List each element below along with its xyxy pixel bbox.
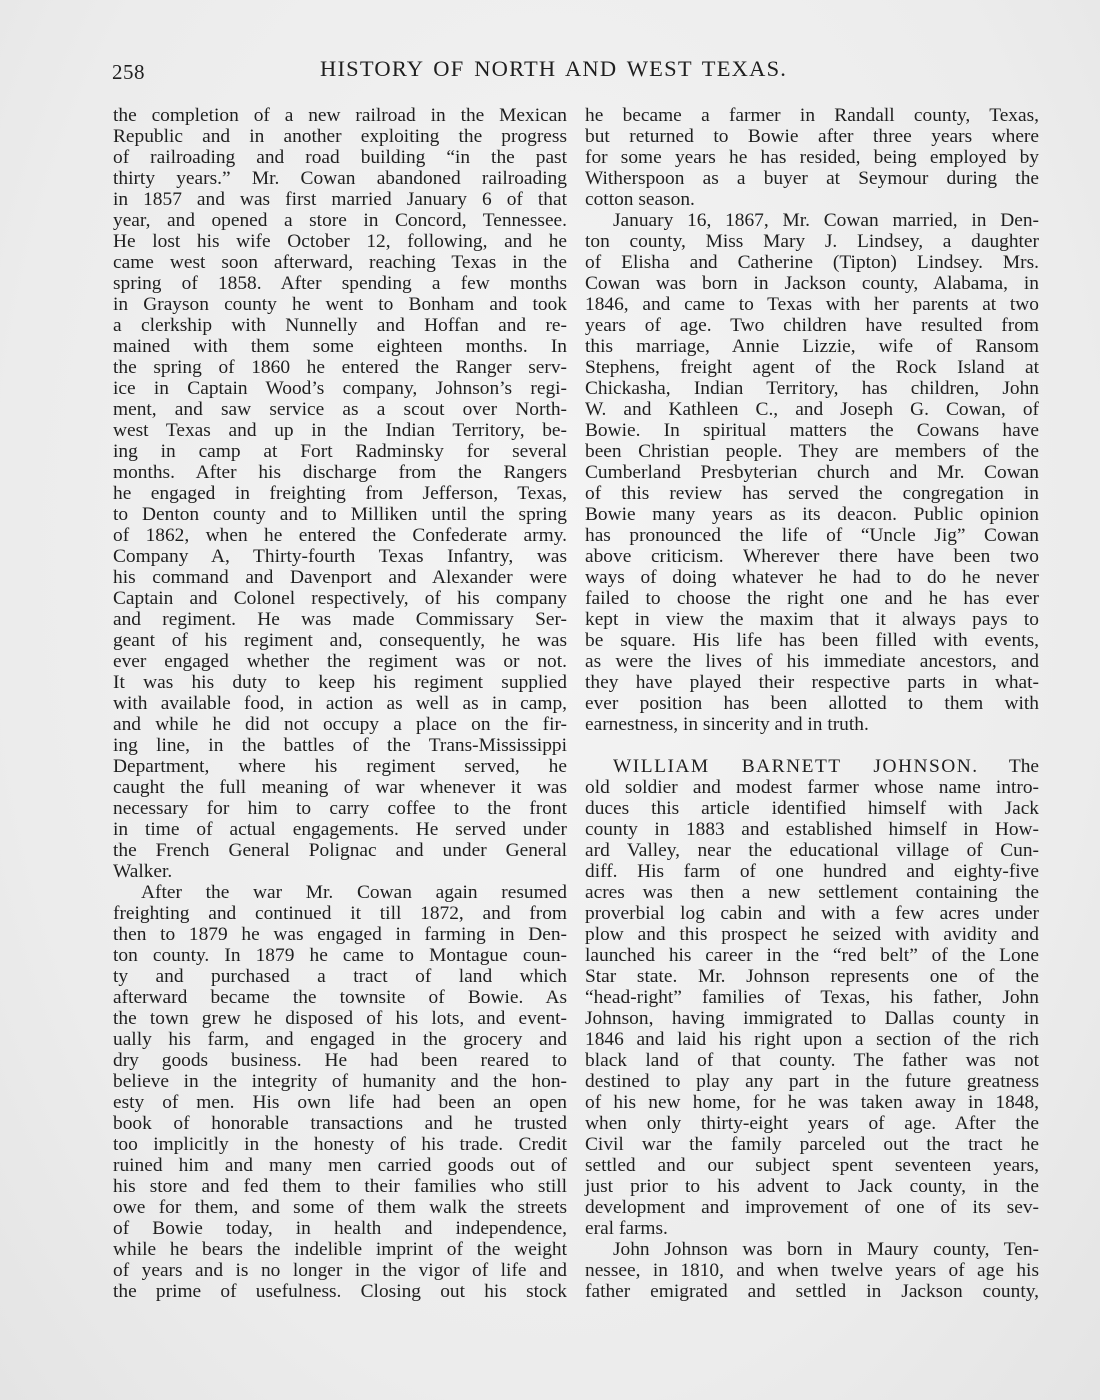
text-line: west Texas and up in the Indian Territor… <box>113 420 567 441</box>
text-line: Department, where his regiment served, h… <box>113 756 567 777</box>
text-line: the French General Polignac and under Ge… <box>113 840 567 861</box>
text-line: to Denton county and to Milliken until t… <box>113 504 567 525</box>
text-line: ice in Captain Wood’s company, Johnson’s… <box>113 378 567 399</box>
text-line: his store and fed them to their families… <box>113 1176 567 1197</box>
text-line: settled and our subject spent seventeen … <box>585 1155 1039 1176</box>
right-column: he became a farmer in Randall county, Te… <box>585 105 1039 1302</box>
text-line: of Elisha and Catherine (Tipton) Lindsey… <box>585 252 1039 273</box>
text-line: ways of doing whatever he had to do he n… <box>585 567 1039 588</box>
text-line: of years and is no longer in the vigor o… <box>113 1260 567 1281</box>
text-line: spring of 1858. After spending a few mon… <box>113 273 567 294</box>
text-line: Chickasha, Indian Territory, has childre… <box>585 378 1039 399</box>
text-line: owe for them, and some of them walk the … <box>113 1197 567 1218</box>
text-line: diff. His farm of one hundred and eighty… <box>585 861 1039 882</box>
text-line: ing line, in the battles of the Trans-Mi… <box>113 735 567 756</box>
text-line: dry goods business. He had been reared t… <box>113 1050 567 1071</box>
text-line: acres was then a new settlement containi… <box>585 882 1039 903</box>
text-line: Republic and in another exploiting the p… <box>113 126 567 147</box>
text-fragment: The <box>1009 756 1039 777</box>
text-line: mained with them some eighteen months. I… <box>113 336 567 357</box>
text-line: earnestness, in sincerity and in truth. <box>585 714 1039 735</box>
text-line: as were the lives of his immediate ances… <box>585 651 1039 672</box>
text-line: above criticism. Wherever there have bee… <box>585 546 1039 567</box>
text-line: and regiment. He was made Commissary Ser… <box>113 609 567 630</box>
text-line: the completion of a new railroad in the … <box>113 105 567 126</box>
text-line: old soldier and modest farmer whose name… <box>585 777 1039 798</box>
text-line: Bowie many years as its deacon. Public o… <box>585 504 1039 525</box>
text-line: ton county. In 1879 he came to Montague … <box>113 945 567 966</box>
text-line: with available food, in action as well a… <box>113 693 567 714</box>
text-line: ard Valley, near the educational village… <box>585 840 1039 861</box>
text-line: they have played their respective parts … <box>585 672 1039 693</box>
text-line: of this review has served the congregati… <box>585 483 1039 504</box>
text-line: kept in view the maxim that it always pa… <box>585 609 1039 630</box>
text-line: geant of his regiment and, consequently,… <box>113 630 567 651</box>
text-line: ever position has been allotted to them … <box>585 693 1039 714</box>
page-number: 258 <box>112 60 145 85</box>
text-line: necessary for him to carry coffee to the… <box>113 798 567 819</box>
text-line: John Johnson was born in Maury county, T… <box>585 1239 1039 1260</box>
text-line: in 1857 and was first married January 6 … <box>113 189 567 210</box>
text-line: when only thirty-eight years of age. Aft… <box>585 1113 1039 1134</box>
text-line: “head-right” families of Texas, his fath… <box>585 987 1039 1008</box>
text-line: he engaged in freighting from Jefferson,… <box>113 483 567 504</box>
text-line: county in 1883 and established himself i… <box>585 819 1039 840</box>
text-line: Cumberland Presbyterian church and Mr. C… <box>585 462 1039 483</box>
text-line: nessee, in 1810, and when twelve years o… <box>585 1260 1039 1281</box>
text-line: failed to choose the right one and he ha… <box>585 588 1039 609</box>
text-line: ever engaged whether the regiment was or… <box>113 651 567 672</box>
text-line: plow and this prospect he seized with av… <box>585 924 1039 945</box>
text-line: ruined him and many men carried goods ou… <box>113 1155 567 1176</box>
left-column: the completion of a new railroad in the … <box>113 105 567 1302</box>
text-line: freighting and continued it till 1872, a… <box>113 903 567 924</box>
text-line: January 16, 1867, Mr. Cowan married, in … <box>585 210 1039 231</box>
text-line: just prior to his advent to Jack county,… <box>585 1176 1039 1197</box>
text-line: this marriage, Annie Lizzie, wife of Ran… <box>585 336 1039 357</box>
text-line: W. and Kathleen C., and Joseph G. Cowan,… <box>585 399 1039 420</box>
text-line: the spring of 1860 he entered the Ranger… <box>113 357 567 378</box>
text-line: and while he did not occupy a place on t… <box>113 714 567 735</box>
page-header: 258 HISTORY OF NORTH AND WEST TEXAS. <box>112 56 1042 92</box>
section-heading-line: WILLIAM BARNETT JOHNSON. The <box>585 756 1039 777</box>
text-line: destined to play any part in the future … <box>585 1071 1039 1092</box>
text-line: of his new home, for he was taken away i… <box>585 1092 1039 1113</box>
text-line: the prime of usefulness. Closing out his… <box>113 1281 567 1302</box>
section-spacer <box>585 735 1039 756</box>
text-line: Walker. <box>113 861 567 882</box>
text-line: Civil war the family parceled out the tr… <box>585 1134 1039 1155</box>
text-line: a clerkship with Nunnelly and Hoffan and… <box>113 315 567 336</box>
text-line: afterward became the townsite of Bowie. … <box>113 987 567 1008</box>
text-line: in Grayson county he went to Bonham and … <box>113 294 567 315</box>
text-line: Bowie. In spiritual matters the Cowans h… <box>585 420 1039 441</box>
text-line: came west soon afterward, reaching Texas… <box>113 252 567 273</box>
text-line: his command and Davenport and Alexander … <box>113 567 567 588</box>
text-line: but returned to Bowie after three years … <box>585 126 1039 147</box>
text-line: year, and opened a store in Concord, Ten… <box>113 210 567 231</box>
text-line: proverbial log cabin and with a few acre… <box>585 903 1039 924</box>
text-line: then to 1879 he was engaged in farming i… <box>113 924 567 945</box>
text-line: launched his career in the “red belt” of… <box>585 945 1039 966</box>
text-line: the town grew he disposed of his lots, a… <box>113 1008 567 1029</box>
text-line: Stephens, freight agent of the Rock Isla… <box>585 357 1039 378</box>
text-line: in time of actual engagements. He served… <box>113 819 567 840</box>
text-line: 1846, and came to Texas with her parents… <box>585 294 1039 315</box>
text-line: ing in camp at Fort Radminsky for severa… <box>113 441 567 462</box>
text-line: has pronounced the life of “Uncle Jig” C… <box>585 525 1039 546</box>
text-line: too implicitly in the honesty of his tra… <box>113 1134 567 1155</box>
text-line: Captain and Colonel respectively, of his… <box>113 588 567 609</box>
text-line: ton county, Miss Mary J. Lindsey, a daug… <box>585 231 1039 252</box>
text-line: believe in the integrity of humanity and… <box>113 1071 567 1092</box>
text-line: ment, and saw service as a scout over No… <box>113 399 567 420</box>
text-line: development and improvement of one of it… <box>585 1197 1039 1218</box>
text-line: duces this article identified himself wi… <box>585 798 1039 819</box>
section-heading: WILLIAM BARNETT JOHNSON. <box>613 756 979 777</box>
text-line: 1846 and laid his right upon a section o… <box>585 1029 1039 1050</box>
text-line: while he bears the indelible imprint of … <box>113 1239 567 1260</box>
text-line: book of honorable transactions and he tr… <box>113 1113 567 1134</box>
text-line: thirty years.” Mr. Cowan abandoned railr… <box>113 168 567 189</box>
text-line: months. After his discharge from the Ran… <box>113 462 567 483</box>
text-line: ually his farm, and engaged in the groce… <box>113 1029 567 1050</box>
text-line: Witherspoon as a buyer at Seymour during… <box>585 168 1039 189</box>
text-line: father emigrated and settled in Jackson … <box>585 1281 1039 1302</box>
text-line: Johnson, having immigrated to Dallas cou… <box>585 1008 1039 1029</box>
text-line: of railroading and road building “in the… <box>113 147 567 168</box>
running-title: HISTORY OF NORTH AND WEST TEXAS. <box>320 56 787 82</box>
text-line: After the war Mr. Cowan again resumed <box>113 882 567 903</box>
text-line: Company A, Thirty-fourth Texas Infantry,… <box>113 546 567 567</box>
text-line: ty and purchased a tract of land which <box>113 966 567 987</box>
text-line: caught the full meaning of war whenever … <box>113 777 567 798</box>
text-line: eral farms. <box>585 1218 1039 1239</box>
text-line: Cowan was born in Jackson county, Alabam… <box>585 273 1039 294</box>
text-line: of Bowie today, in health and independen… <box>113 1218 567 1239</box>
text-line: of 1862, when he entered the Confederate… <box>113 525 567 546</box>
text-line: for some years he has resided, being emp… <box>585 147 1039 168</box>
text-line: be square. His life has been filled with… <box>585 630 1039 651</box>
text-line: Star state. Mr. Johnson represents one o… <box>585 966 1039 987</box>
text-line: cotton season. <box>585 189 1039 210</box>
text-line: been Christian people. They are members … <box>585 441 1039 462</box>
text-line: He lost his wife October 12, following, … <box>113 231 567 252</box>
text-line: esty of men. His own life had been an op… <box>113 1092 567 1113</box>
text-line: It was his duty to keep his regiment sup… <box>113 672 567 693</box>
text-line: years of age. Two children have resulted… <box>585 315 1039 336</box>
text-line: black land of that county. The father wa… <box>585 1050 1039 1071</box>
text-line: he became a farmer in Randall county, Te… <box>585 105 1039 126</box>
